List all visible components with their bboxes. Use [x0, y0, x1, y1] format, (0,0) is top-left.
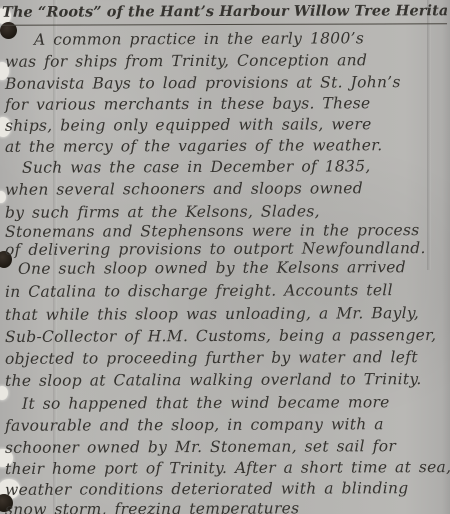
document-page: The “Roots” of the Hant’s Harbour Willow…	[0, 0, 450, 514]
handwritten-line: Bonavista Bays to load provisions at St.…	[5, 73, 401, 93]
handwritten-line: It so happened that the wind became more	[22, 393, 390, 413]
paper-fold-line-right	[427, 0, 431, 270]
handwritten-line: A common practice in the early 1800’s	[34, 29, 364, 48]
handwritten-line: ships, being only equipped with sails, w…	[5, 115, 372, 135]
paper-edge-shadow	[442, 0, 450, 514]
handwritten-line: their home port of Trinity. After a shor…	[5, 458, 450, 478]
handwritten-line: weather conditions deteriorated with a b…	[5, 479, 409, 499]
handwritten-line: favourable and the sloop, in company wit…	[5, 415, 384, 435]
handwritten-line: for various merchants in these bays. The…	[5, 94, 371, 114]
handwritten-line: One such sloop owned by the Kelsons arri…	[18, 258, 406, 278]
handwritten-line: Stonemans and Stephensons were in the pr…	[5, 221, 420, 241]
handwritten-line: objected to proceeding further by water …	[5, 348, 418, 368]
handwritten-line: Such was the case in December of 1835,	[22, 157, 371, 177]
handwritten-line: in Catalina to discharge freight. Accoun…	[5, 281, 393, 301]
handwritten-line: the sloop at Catalina walking overland t…	[5, 370, 422, 390]
handwritten-line: by such firms at the Kelsons, Slades,	[5, 202, 320, 221]
handwritten-line: was for ships from Trinity, Conception a…	[5, 51, 367, 71]
handwritten-line: schooner owned by Mr. Stoneman, set sail…	[5, 437, 396, 457]
handwritten-line: Sub-Collector of H.M. Customs, being a p…	[5, 326, 436, 346]
handwritten-line: snow storm, freezing temperatures	[5, 499, 299, 514]
handwritten-line: at the mercy of the vagaries of the weat…	[5, 136, 383, 156]
handwritten-line: of delivering provisions to outport Newf…	[5, 239, 426, 259]
handwritten-line: when several schooners and sloops owned	[5, 179, 363, 199]
document-title: The “Roots” of the Hant’s Harbour Willow…	[2, 2, 447, 26]
handwritten-line: that while this sloop was unloading, a M…	[5, 304, 419, 324]
